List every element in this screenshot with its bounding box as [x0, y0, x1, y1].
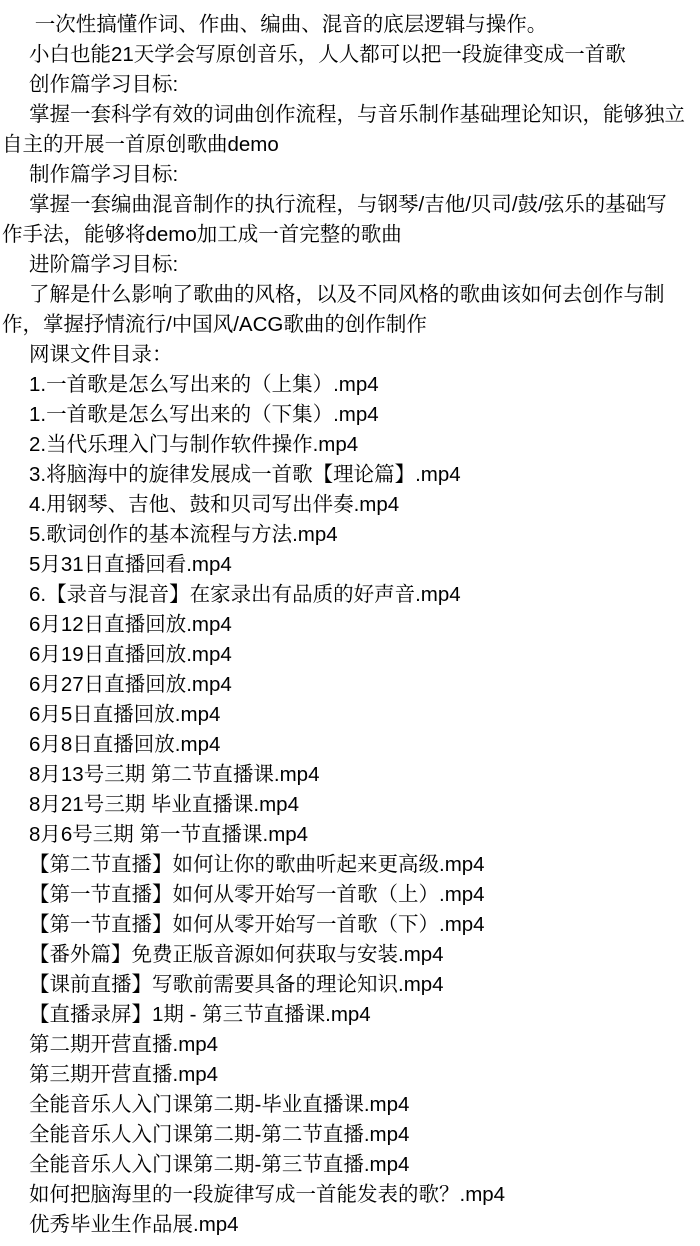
file-list-item: 优秀毕业生作品展.mp4	[0, 1210, 700, 1240]
intro-text-line: 进阶篇学习目标:	[0, 250, 700, 280]
intro-text-line: 一次性搞懂作词、作曲、编曲、混音的底层逻辑与操作。	[0, 10, 700, 40]
file-list-item: 全能音乐人入门课第二期-第三节直播.mp4	[0, 1150, 700, 1180]
file-list-item: 全能音乐人入门课第二期-毕业直播课.mp4	[0, 1090, 700, 1120]
file-list-item: 【番外篇】免费正版音源如何获取与安装.mp4	[0, 940, 700, 970]
intro-text-line: 创作篇学习目标:	[0, 70, 700, 100]
file-list-item: 6月27日直播回放.mp4	[0, 670, 700, 700]
file-list-item: 4.用钢琴、吉他、鼓和贝司写出伴奏.mp4	[0, 490, 700, 520]
intro-text-line: 掌握一套编曲混音制作的执行流程，与钢琴/吉他/贝司/鼓/弦乐的基础写	[0, 190, 700, 220]
intro-text-line: 作，掌握抒情流行/中国风/ACG歌曲的创作制作	[0, 310, 700, 340]
file-list-item: 3.将脑海中的旋律发展成一首歌【理论篇】.mp4	[0, 460, 700, 490]
intro-section: 一次性搞懂作词、作曲、编曲、混音的底层逻辑与操作。小白也能21天学会写原创音乐，…	[0, 10, 700, 370]
file-list-item: 第二期开营直播.mp4	[0, 1030, 700, 1060]
file-list-item: 如何把脑海里的一段旋律写成一首能发表的歌？.mp4	[0, 1180, 700, 1210]
file-list-item: 8月21号三期 毕业直播课.mp4	[0, 790, 700, 820]
intro-text-line: 网课文件目录：	[0, 340, 700, 370]
file-list-item: 8月6号三期 第一节直播课.mp4	[0, 820, 700, 850]
file-list-item: 6月19日直播回放.mp4	[0, 640, 700, 670]
file-list-item: 6.【录音与混音】在家录出有品质的好声音.mp4	[0, 580, 700, 610]
file-list-item: 【第一节直播】如何从零开始写一首歌（下）.mp4	[0, 910, 700, 940]
file-list-item: 8月13号三期 第二节直播课.mp4	[0, 760, 700, 790]
file-list-item: 全能音乐人入门课第二期-第二节直播.mp4	[0, 1120, 700, 1150]
file-list-item: 5.歌词创作的基本流程与方法.mp4	[0, 520, 700, 550]
file-list-item: 【课前直播】写歌前需要具备的理论知识.mp4	[0, 970, 700, 1000]
intro-text-line: 作手法，能够将demo加工成一首完整的歌曲	[0, 220, 700, 250]
intro-text-line: 小白也能21天学会写原创音乐，人人都可以把一段旋律变成一首歌	[0, 40, 700, 70]
intro-text-line: 了解是什么影响了歌曲的风格，以及不同风格的歌曲该如何去创作与制	[0, 280, 700, 310]
file-list-item: 5月31日直播回看.mp4	[0, 550, 700, 580]
file-list-item: 【第一节直播】如何从零开始写一首歌（上）.mp4	[0, 880, 700, 910]
file-list-section: 1.一首歌是怎么写出来的（上集）.mp41.一首歌是怎么写出来的（下集）.mp4…	[0, 370, 700, 1240]
file-list-item: 2.当代乐理入门与制作软件操作.mp4	[0, 430, 700, 460]
file-list-item: 【直播录屏】1期 - 第三节直播课.mp4	[0, 1000, 700, 1030]
file-list-item: 1.一首歌是怎么写出来的（上集）.mp4	[0, 370, 700, 400]
course-description-document: 一次性搞懂作词、作曲、编曲、混音的底层逻辑与操作。小白也能21天学会写原创音乐，…	[0, 0, 700, 1240]
file-list-item: 6月8日直播回放.mp4	[0, 730, 700, 760]
intro-text-line: 自主的开展一首原创歌曲demo	[0, 130, 700, 160]
file-list-item: 第三期开营直播.mp4	[0, 1060, 700, 1090]
intro-text-line: 掌握一套科学有效的词曲创作流程，与音乐制作基础理论知识，能够独立	[0, 100, 700, 130]
file-list-item: 1.一首歌是怎么写出来的（下集）.mp4	[0, 400, 700, 430]
file-list-item: 6月12日直播回放.mp4	[0, 610, 700, 640]
file-list-item: 【第二节直播】如何让你的歌曲听起来更高级.mp4	[0, 850, 700, 880]
file-list-item: 6月5日直播回放.mp4	[0, 700, 700, 730]
intro-text-line: 制作篇学习目标:	[0, 160, 700, 190]
